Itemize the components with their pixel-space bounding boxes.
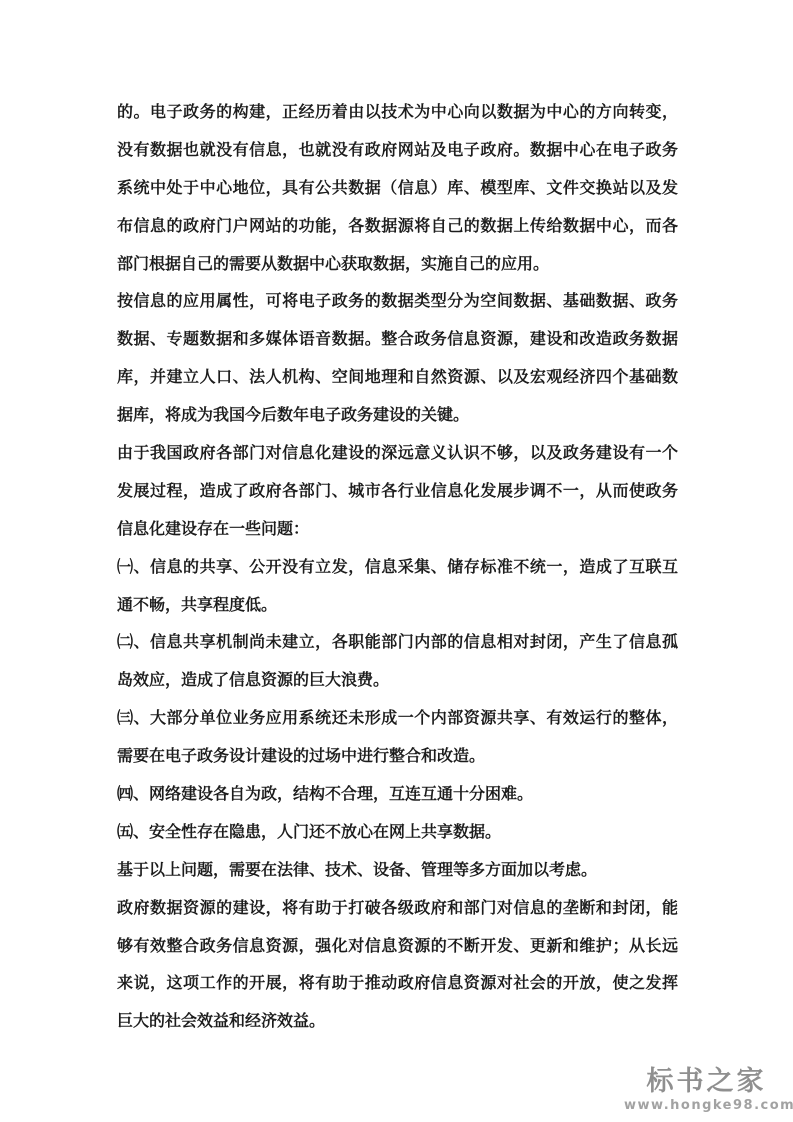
text-line: 按信息的应用属性，可将电子政务的数据类型分为空间数据、基础数据、政务 xyxy=(117,282,678,320)
text-line: ㈣、网络建设各自为政，结构不合理，互连互通十分困难。 xyxy=(117,775,678,813)
text-line: 通不畅，共享程度低。 xyxy=(117,586,678,624)
text-line: 系统中处于中心地位，具有公共数据（信息）库、模型库、文件交换站以及发 xyxy=(117,169,678,207)
text-line: 部门根据自己的需要从数据中心获取数据，实施自己的应用。 xyxy=(117,245,678,283)
text-line: 布信息的政府门户网站的功能，各数据源将自己的数据上传给数据中心，而各 xyxy=(117,207,678,245)
text-line: 据库，将成为我国今后数年电子政务建设的关键。 xyxy=(117,396,678,434)
text-line: 够有效整合政务信息资源，强化对信息资源的不断开发、更新和维护；从长远 xyxy=(117,927,678,965)
document-body: 的。电子政务的构建，正经历着由以技术为中心向以数据为中心的方向转变，没有数据也就… xyxy=(117,93,678,1040)
text-line: 的。电子政务的构建，正经历着由以技术为中心向以数据为中心的方向转变， xyxy=(117,93,678,131)
paragraph: ㈡、信息共享机制尚未建立，各职能部门内部的信息相对封闭，产生了信息孤岛效应，造成… xyxy=(117,623,678,699)
text-line: 由于我国政府各部门对信息化建设的深远意义认识不够，以及政务建设有一个 xyxy=(117,434,678,472)
text-line: ㈠、信息的共享、公开没有立发，信息采集、储存标准不统一，造成了互联互 xyxy=(117,548,678,586)
text-line: 信息化建设存在一些问题： xyxy=(117,510,678,548)
paragraph: ㈢、大部分单位业务应用系统还未形成一个内部资源共享、有效运行的整体，需要在电子政… xyxy=(117,699,678,775)
text-line: 数据、专题数据和多媒体语音数据。整合政务信息资源，建设和改造政务数据 xyxy=(117,320,678,358)
text-line: 岛效应，造成了信息资源的巨大浪费。 xyxy=(117,661,678,699)
text-line: ㈢、大部分单位业务应用系统还未形成一个内部资源共享、有效运行的整体， xyxy=(117,699,678,737)
watermark: 标书之家 www.hongke98.com xyxy=(624,1067,789,1114)
watermark-url: www.hongke98.com xyxy=(624,1098,789,1114)
text-line: 来说，这项工作的开展，将有助于推动政府信息资源对社会的开放，使之发挥 xyxy=(117,964,678,1002)
text-line: 巨大的社会效益和经济效益。 xyxy=(117,1002,678,1040)
paragraph: 由于我国政府各部门对信息化建设的深远意义认识不够，以及政务建设有一个发展过程，造… xyxy=(117,434,678,548)
paragraph: 按信息的应用属性，可将电子政务的数据类型分为空间数据、基础数据、政务数据、专题数… xyxy=(117,282,678,434)
paragraph: 政府数据资源的建设，将有助于打破各级政府和部门对信息的垄断和封闭，能够有效整合政… xyxy=(117,889,678,1041)
text-line: ㈤、安全性存在隐患，人门还不放心在网上共享数据。 xyxy=(117,813,678,851)
text-line: 政府数据资源的建设，将有助于打破各级政府和部门对信息的垄断和封闭，能 xyxy=(117,889,678,927)
document-page: 的。电子政务的构建，正经历着由以技术为中心向以数据为中心的方向转变，没有数据也就… xyxy=(0,0,793,1122)
text-line: 基于以上问题，需要在法律、技术、设备、管理等多方面加以考虑。 xyxy=(117,851,678,889)
watermark-logo-text: 标书之家 xyxy=(624,1067,789,1097)
text-line: 没有数据也就没有信息，也就没有政府网站及电子政府。数据中心在电子政务 xyxy=(117,131,678,169)
paragraph: ㈤、安全性存在隐患，人门还不放心在网上共享数据。 xyxy=(117,813,678,851)
paragraph: ㈠、信息的共享、公开没有立发，信息采集、储存标准不统一，造成了互联互通不畅，共享… xyxy=(117,548,678,624)
text-line: 库，并建立人口、法人机构、空间地理和自然资源、以及宏观经济四个基础数 xyxy=(117,358,678,396)
text-line: 发展过程，造成了政府各部门、城市各行业信息化发展步调不一，从而使政务 xyxy=(117,472,678,510)
paragraph: 基于以上问题，需要在法律、技术、设备、管理等多方面加以考虑。 xyxy=(117,851,678,889)
paragraph: 的。电子政务的构建，正经历着由以技术为中心向以数据为中心的方向转变，没有数据也就… xyxy=(117,93,678,282)
paragraph: ㈣、网络建设各自为政，结构不合理，互连互通十分困难。 xyxy=(117,775,678,813)
text-line: ㈡、信息共享机制尚未建立，各职能部门内部的信息相对封闭，产生了信息孤 xyxy=(117,623,678,661)
text-line: 需要在电子政务设计建设的过场中进行整合和改造。 xyxy=(117,737,678,775)
